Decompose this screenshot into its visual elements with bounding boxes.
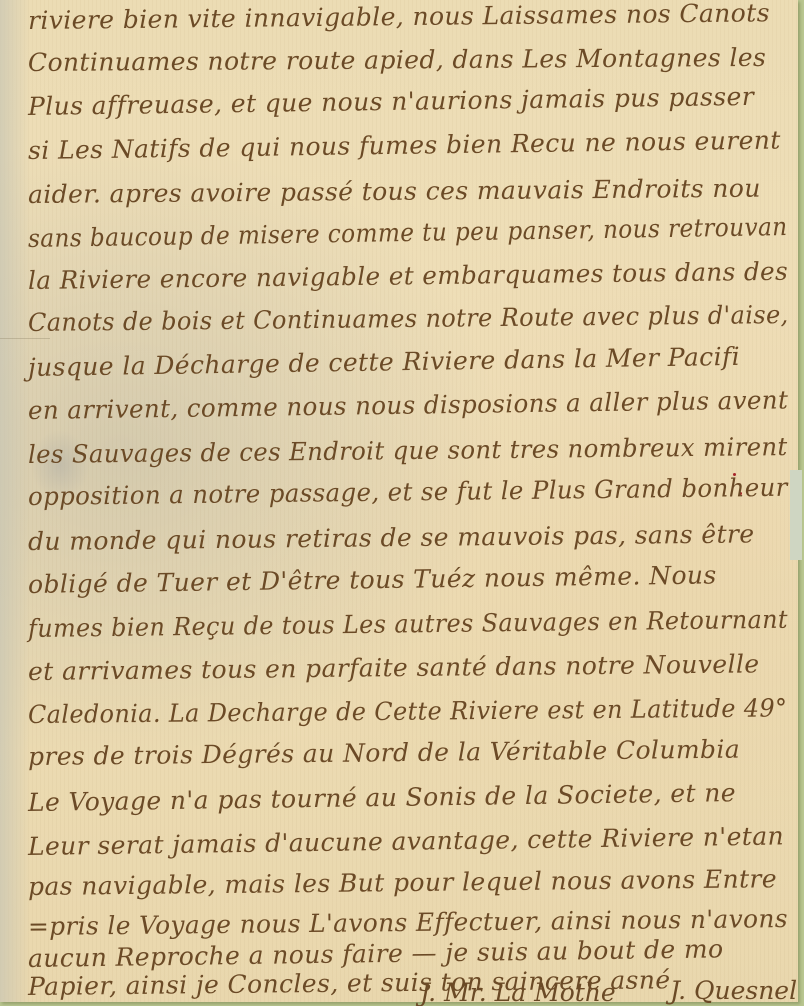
text-line: Caledonia. La Decharge de Cette Riviere …: [28, 693, 788, 729]
paper-fold-mark: [0, 338, 50, 339]
text-line: du monde qui nous retiras de se mauvois …: [28, 519, 755, 556]
text-line: les Sauvages de ces Endroit que sont tre…: [28, 432, 788, 469]
text-line: et arrivames tous en parfaite santé dans…: [28, 649, 760, 686]
text-line: si Les Natifs de qui nous fumes bien Rec…: [28, 125, 781, 165]
text-line: Plus affreuase, et que nous n'aurions ja…: [28, 82, 754, 121]
text-line: riviere bien vite innavigable, nous Lais…: [28, 0, 770, 35]
signature-quesnel: J. Quesnel: [670, 976, 797, 1005]
text-line: Continuames notre route apied, dans Les …: [28, 43, 766, 77]
text-line: la Riviere encore navigable et embarquam…: [28, 257, 788, 295]
text-line: obligé de Tuer et D'être tous Tuéz nous …: [28, 560, 717, 599]
text-line: pres de trois Dégrés au Nord de la Vérit…: [28, 735, 740, 771]
paper-tear-patch: [790, 470, 802, 560]
text-line: aider. apres avoire passé tous ces mauva…: [28, 174, 761, 209]
text-line: Le Voyage n'a pas tourné au Sonis de la …: [28, 778, 736, 817]
text-line: en arrivent, comme nous nous disposions …: [28, 385, 789, 425]
text-line: pas navigable, mais les But pour lequel …: [28, 864, 777, 901]
paper-edge-shading: [0, 0, 30, 1002]
signature-la-mothe: J. Mr. La Mothe: [420, 978, 616, 1006]
text-line: fumes bien Reçu de tous Les autres Sauva…: [28, 605, 788, 643]
text-line: sans baucoup de misere comme tu peu pans…: [28, 212, 788, 253]
text-line: jusque la Décharge de cette Riviere dans…: [28, 342, 740, 382]
text-line: Canots de bois et Continuames notre Rout…: [28, 300, 789, 337]
text-line: Leur serat jamais d'aucune avantage, cet…: [28, 821, 784, 861]
text-line: opposition a notre passage, et se fut le…: [28, 473, 788, 511]
manuscript-page: riviere bien vite innavigable, nous Lais…: [0, 0, 798, 1002]
